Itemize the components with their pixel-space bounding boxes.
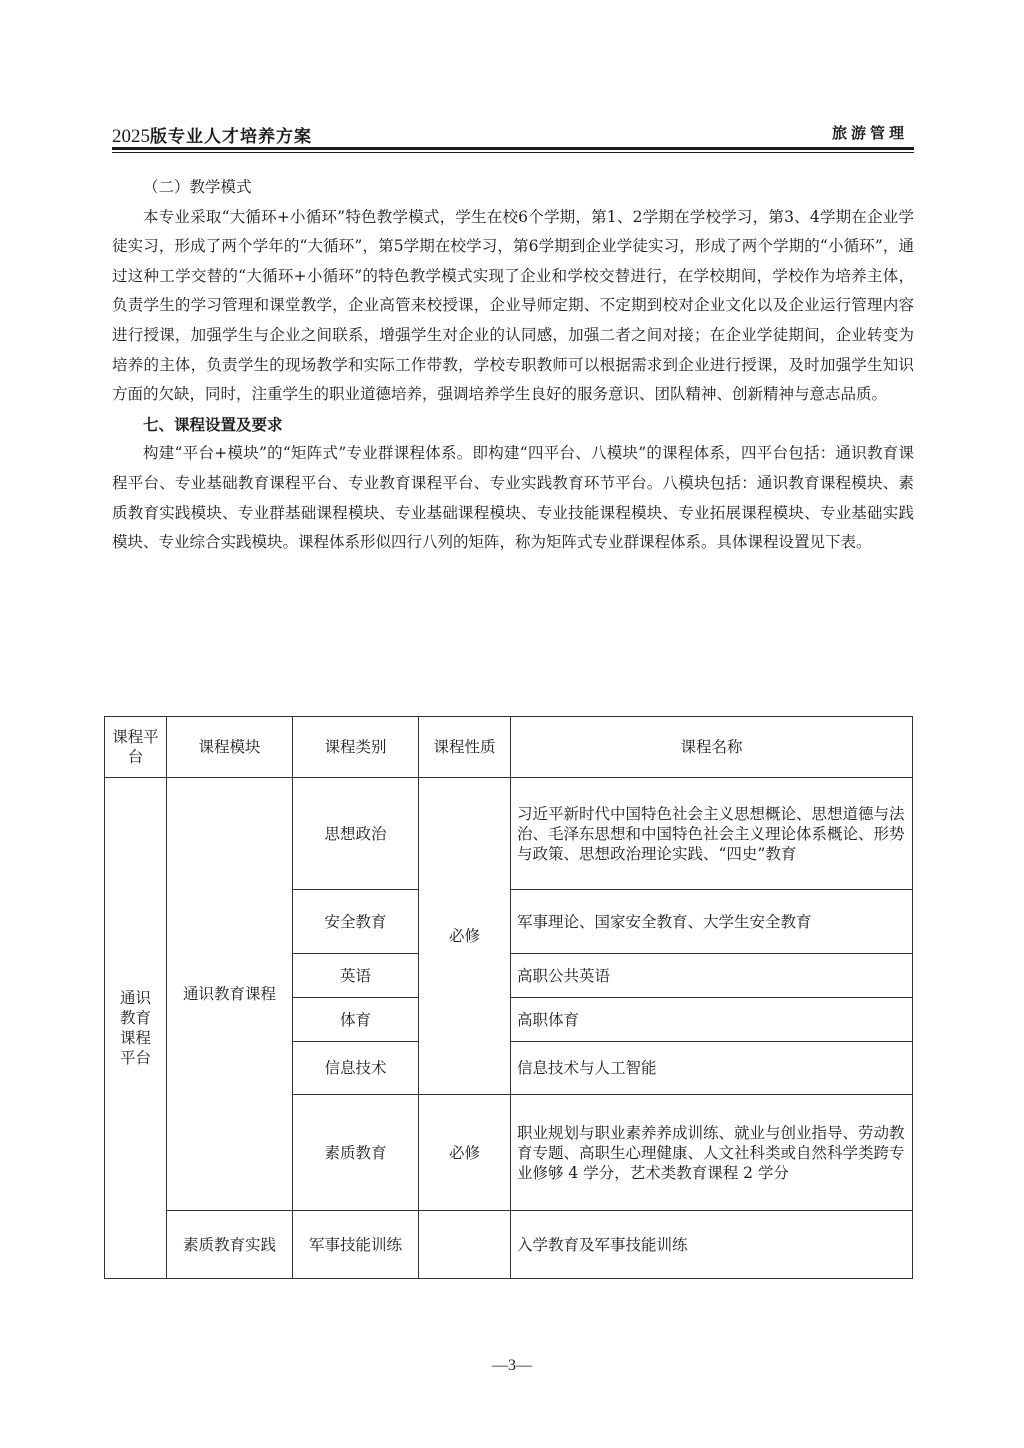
header-platform: 课程平台 (105, 717, 167, 778)
category-cell: 军事技能训练 (293, 1211, 419, 1279)
nature-cell-required: 必修 (419, 778, 511, 1095)
section-heading: 七、课程设置及要求 (112, 410, 914, 440)
header-module: 课程模块 (167, 717, 293, 778)
category-cell: 英语 (293, 954, 419, 998)
course-names-cell: 高职体育 (511, 998, 913, 1042)
module-cell-general: 通识教育课程 (167, 778, 293, 1211)
subsection-heading: （二）教学模式 (112, 173, 914, 203)
header-rule-thin (112, 152, 914, 153)
teaching-mode-paragraph: 本专业采取“大循环+小循环”特色教学模式，学生在校6个学期，第1、2学期在学校学… (112, 203, 914, 410)
course-names-cell: 入学教育及军事技能训练 (511, 1211, 913, 1279)
page-header: 2025版专业人才培养方案 旅游管理 (112, 122, 912, 152)
table-header-row: 课程平台 课程模块 课程类别 课程性质 课程名称 (105, 717, 913, 778)
table-row: 素质教育实践 军事技能训练 入学教育及军事技能训练 (105, 1211, 913, 1279)
table-row: 通识教育课程平台 通识教育课程 思想政治 必修 习近平新时代中国特色社会主义思想… (105, 778, 913, 890)
page-number: —3— (0, 1357, 1024, 1375)
course-names-cell: 习近平新时代中国特色社会主义思想概论、思想道德与法治、毛泽东思想和中国特色社会主… (511, 778, 913, 890)
course-names-cell: 高职公共英语 (511, 954, 913, 998)
platform-cell: 通识教育课程平台 (105, 778, 167, 1279)
course-names-cell: 军事理论、国家安全教育、大学生安全教育 (511, 890, 913, 954)
header-year: 2025 (112, 126, 150, 147)
category-cell: 素质教育 (293, 1095, 419, 1211)
course-table: 课程平台 课程模块 课程类别 课程性质 课程名称 通识教育课程平台 通识教育课程… (104, 716, 913, 1279)
module-cell-practice: 素质教育实践 (167, 1211, 293, 1279)
header-nature: 课程性质 (419, 717, 511, 778)
course-names-cell: 信息技术与人工智能 (511, 1042, 913, 1095)
document-body: （二）教学模式 本专业采取“大循环+小循环”特色教学模式，学生在校6个学期，第1… (112, 173, 914, 558)
header-major: 旅游管理 (832, 122, 908, 143)
curriculum-paragraph: 构建“平台+模块”的“矩阵式”专业群课程体系。即构建“四平台、八模块”的课程体系… (112, 439, 914, 557)
header-title: 2025版专业人才培养方案 (112, 122, 312, 148)
nature-cell-required: 必修 (419, 1095, 511, 1211)
header-course-names: 课程名称 (511, 717, 913, 778)
header-title-text: 版专业人才培养方案 (150, 127, 312, 147)
category-cell: 信息技术 (293, 1042, 419, 1095)
course-names-cell: 职业规划与职业素养养成训练、就业与创业指导、劳动教育专题、高职生心理健康、人文社… (511, 1095, 913, 1211)
nature-cell-empty (419, 1211, 511, 1279)
header-rule-thick (112, 147, 914, 150)
category-cell: 思想政治 (293, 778, 419, 890)
category-cell: 体育 (293, 998, 419, 1042)
category-cell: 安全教育 (293, 890, 419, 954)
header-category: 课程类别 (293, 717, 419, 778)
